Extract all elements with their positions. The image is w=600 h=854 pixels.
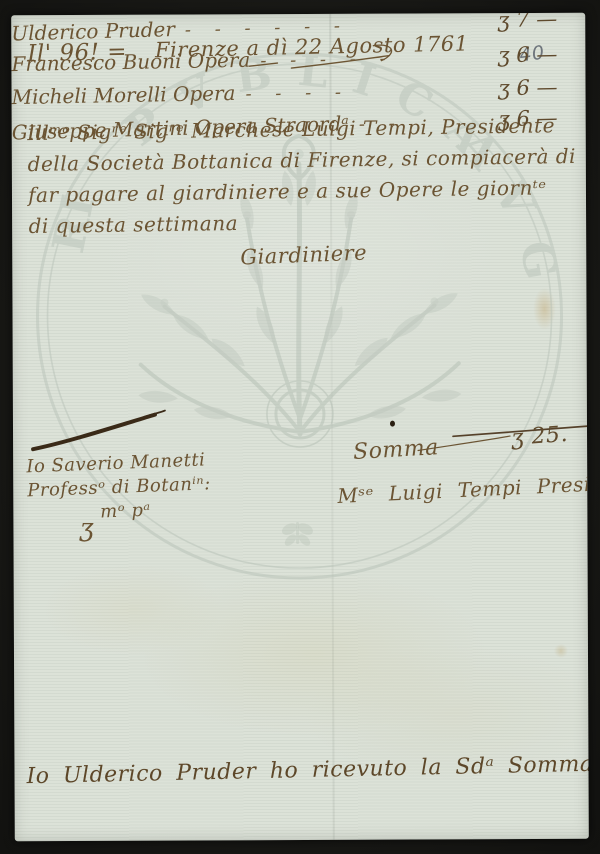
section-title: Giardiniere bbox=[240, 241, 368, 270]
receipt-line: Io Ulderico Pruder ho ricevuto la Sdᵃ So… bbox=[26, 752, 589, 789]
amount: ʒ 6 — bbox=[498, 42, 558, 67]
pay-row: Micheli Morelli Opera - - - - ʒ 6 — bbox=[11, 75, 557, 109]
paper-sheet: PVBLICA AVG RI bbox=[11, 13, 589, 841]
payee-name: Ulderico Pruder bbox=[11, 17, 175, 45]
flourish-stroke bbox=[33, 415, 155, 450]
pay-table: Ulderico Pruder - - - - - - ʒ 7 — France… bbox=[11, 13, 558, 138]
leader-dashes: - - bbox=[349, 110, 499, 135]
attestation-line: mᵒ pᵃ bbox=[100, 496, 212, 524]
currency-mark: ʒ bbox=[79, 513, 94, 542]
leader-dashes: - - - - - bbox=[250, 46, 498, 72]
leader-dashes: - - - - bbox=[235, 79, 498, 105]
payee-name: Francesco Buoni Opera bbox=[11, 48, 250, 76]
amount: ʒ 6 — bbox=[498, 75, 558, 100]
watermark-butterfly bbox=[280, 521, 315, 548]
ink-dot bbox=[390, 421, 395, 427]
president-signature: Mˢᵉ Luigi Tempi Presidᵗᵉ bbox=[337, 471, 589, 508]
payee-name: Micheli Morelli Opera bbox=[11, 81, 235, 109]
amount: ʒ 6 — bbox=[498, 106, 558, 132]
sum-label: Somma bbox=[352, 435, 439, 465]
sum-amount: ʒ 25. bbox=[510, 422, 569, 451]
document-photo: { "document": { "folio_number": "40", "h… bbox=[0, 0, 600, 854]
flourish-tail bbox=[145, 411, 165, 417]
attestation-block: Io Saverio Manetti Professᵒ di Botanⁱⁿ: … bbox=[26, 448, 212, 527]
amount: ʒ 7 — bbox=[497, 13, 557, 33]
